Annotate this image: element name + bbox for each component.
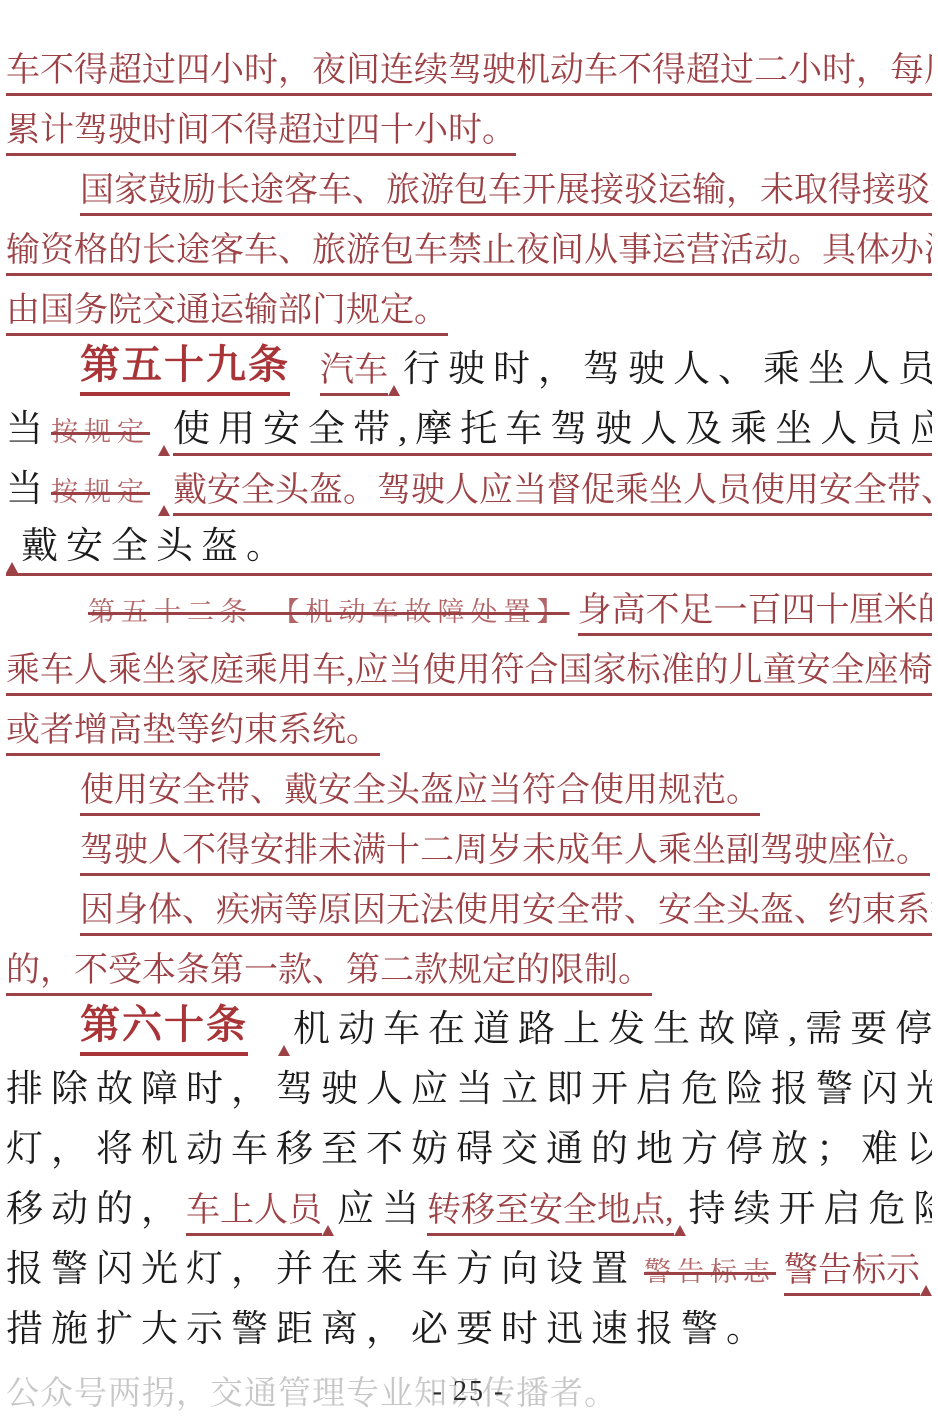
- insert-caret-mark: [278, 1045, 290, 1056]
- text-segment: 由国务院交通运输部门规定。: [6, 292, 448, 336]
- insert-caret-mark: [158, 445, 170, 456]
- text-segment: 乘车人乘坐家庭乘用车,应当使用符合国家标准的儿童安全座椅: [6, 652, 932, 696]
- text-segment: 应当: [337, 1189, 427, 1236]
- text-segment: 持续开启危险: [689, 1189, 933, 1236]
- text-line: 措施扩大示警距离，必要时迅速报警。: [6, 1296, 932, 1356]
- text-line: 当按规定戴安全头盔。驾驶人应当督促乘坐人员使用安全带、: [6, 456, 932, 516]
- text-segment: 按规定: [51, 477, 150, 516]
- text-segment: 当: [6, 469, 43, 516]
- footer: 公众号两拐，交通管理专业知识传播者。 - 25 -: [6, 1372, 932, 1414]
- text-segment: 使用安全带、戴安全头盔应当符合使用规范。: [80, 772, 760, 816]
- page-number: - 25 -: [433, 1376, 506, 1408]
- insert-caret-mark: [388, 385, 400, 396]
- text-segment: 措施扩大示警距离，必要时迅速报警。: [6, 1309, 771, 1356]
- text-segment: 车上人员: [186, 1192, 322, 1236]
- text-segment: 戴安全头盔。: [21, 526, 291, 573]
- text-line: 第六十条机动车在道路上发生故障,需要停车: [6, 996, 932, 1056]
- text-segment: 警告标志: [644, 1257, 776, 1296]
- text-segment: 国家鼓励长途客车、旅游包车开展接驳运输，未取得接驳运: [80, 172, 932, 216]
- text-segment: 报警闪光灯，并在来车方向设置: [6, 1249, 636, 1296]
- text-segment: 或者增高垫等约束系统。: [6, 712, 380, 756]
- text-segment: 第五十九条: [80, 343, 290, 396]
- insert-caret-mark: [674, 1225, 686, 1236]
- text-line: 国家鼓励长途客车、旅游包车开展接驳运输，未取得接驳运: [6, 156, 932, 216]
- text-segment: 转移至安全地点,: [427, 1192, 674, 1236]
- text-line: 因身体、疾病等原因无法使用安全带、安全头盔、约束系统: [6, 876, 932, 936]
- document-page: 车不得超过四小时，夜间连续驾驶机动车不得超过二小时，每周累计驾驶时间不得超过四十…: [0, 0, 938, 1418]
- text-segment: 输资格的长途客车、旅游包车禁止夜间从事运营活动。具体办法: [6, 232, 932, 276]
- text-line: 排除故障时，驾驶人应当立即开启危险报警闪光: [6, 1056, 932, 1116]
- text-segment: 移动的，: [6, 1189, 186, 1236]
- text-line: 使用安全带、戴安全头盔应当符合使用规范。: [6, 756, 932, 816]
- text-line: 报警闪光灯，并在来车方向设置警告标志警告标示等: [6, 1236, 932, 1296]
- text-segment: 身高不足一百四十厘米的: [578, 592, 933, 636]
- text-segment: 戴安全头盔。驾驶人应当督促乘坐人员使用安全带、: [173, 472, 932, 516]
- text-line: 的，不受本条第一款、第二款规定的限制。: [6, 936, 932, 996]
- text-segment: 排除故障时，驾驶人应当立即开启危险报警闪光: [6, 1069, 932, 1116]
- text-segment: 行驶时，驾驶人、乘坐人员应: [403, 349, 932, 396]
- text-line: 第五十二条 【机动车故障处置】身高不足一百四十厘米的: [6, 576, 932, 636]
- text-line: 戴安全头盔。: [6, 516, 932, 576]
- text-segment: 的，不受本条第一款、第二款规定的限制。: [6, 952, 652, 996]
- text-line: 驾驶人不得安排未满十二周岁未成年人乘坐副驾驶座位。: [6, 816, 932, 876]
- text-line: 灯，将机动车移至不妨碍交通的地方停放；难以: [6, 1116, 932, 1176]
- text-segment: 机动车在道路上发生故障,需要停车: [293, 1009, 932, 1056]
- text-segment: 汽车: [320, 352, 388, 396]
- text-segment: 当: [6, 409, 43, 456]
- insert-caret-mark: [6, 562, 18, 573]
- text-segment: 按规定: [51, 417, 150, 456]
- text-line: 当按规定使用安全带,摩托车驾驶人及乘坐人员应: [6, 396, 932, 456]
- text-line: 车不得超过四小时，夜间连续驾驶机动车不得超过二小时，每周: [6, 36, 932, 96]
- text-segment: 使用安全带,摩托车驾驶人及乘坐人员应: [173, 409, 932, 456]
- text-line: 由国务院交通运输部门规定。: [6, 276, 932, 336]
- text-segment: 驾驶人不得安排未满十二周岁未成年人乘坐副驾驶座位。: [80, 832, 930, 876]
- text-segment: 灯，将机动车移至不妨碍交通的地方停放；难以: [6, 1129, 932, 1176]
- text-segment: 第五十二条 【机动车故障处置】: [88, 597, 570, 636]
- text-segment: 第六十条: [80, 1003, 248, 1056]
- text-line: 乘车人乘坐家庭乘用车,应当使用符合国家标准的儿童安全座椅: [6, 636, 932, 696]
- text-segment: 警告标示: [784, 1252, 920, 1296]
- text-line: 或者增高垫等约束系统。: [6, 696, 932, 756]
- insert-caret-mark: [158, 505, 170, 516]
- text-line: 第五十九条汽车行驶时，驾驶人、乘坐人员应: [6, 336, 932, 396]
- text-line: 累计驾驶时间不得超过四十小时。: [6, 96, 932, 156]
- text-line: 移动的，车上人员应当转移至安全地点,持续开启危险: [6, 1176, 932, 1236]
- text-line: 输资格的长途客车、旅游包车禁止夜间从事运营活动。具体办法: [6, 216, 932, 276]
- text-segment: 因身体、疾病等原因无法使用安全带、安全头盔、约束系统: [80, 892, 932, 936]
- text-segment: 车不得超过四小时，夜间连续驾驶机动车不得超过二小时，每周: [6, 52, 932, 96]
- text-segment: 累计驾驶时间不得超过四十小时。: [6, 112, 516, 156]
- insert-caret-mark: [920, 1285, 932, 1296]
- document-body: 车不得超过四小时，夜间连续驾驶机动车不得超过二小时，每周累计驾驶时间不得超过四十…: [6, 36, 932, 1356]
- insert-caret-mark: [322, 1225, 334, 1236]
- watermark-text: 公众号两拐，交通管理专业知识传播者。: [6, 1367, 618, 1414]
